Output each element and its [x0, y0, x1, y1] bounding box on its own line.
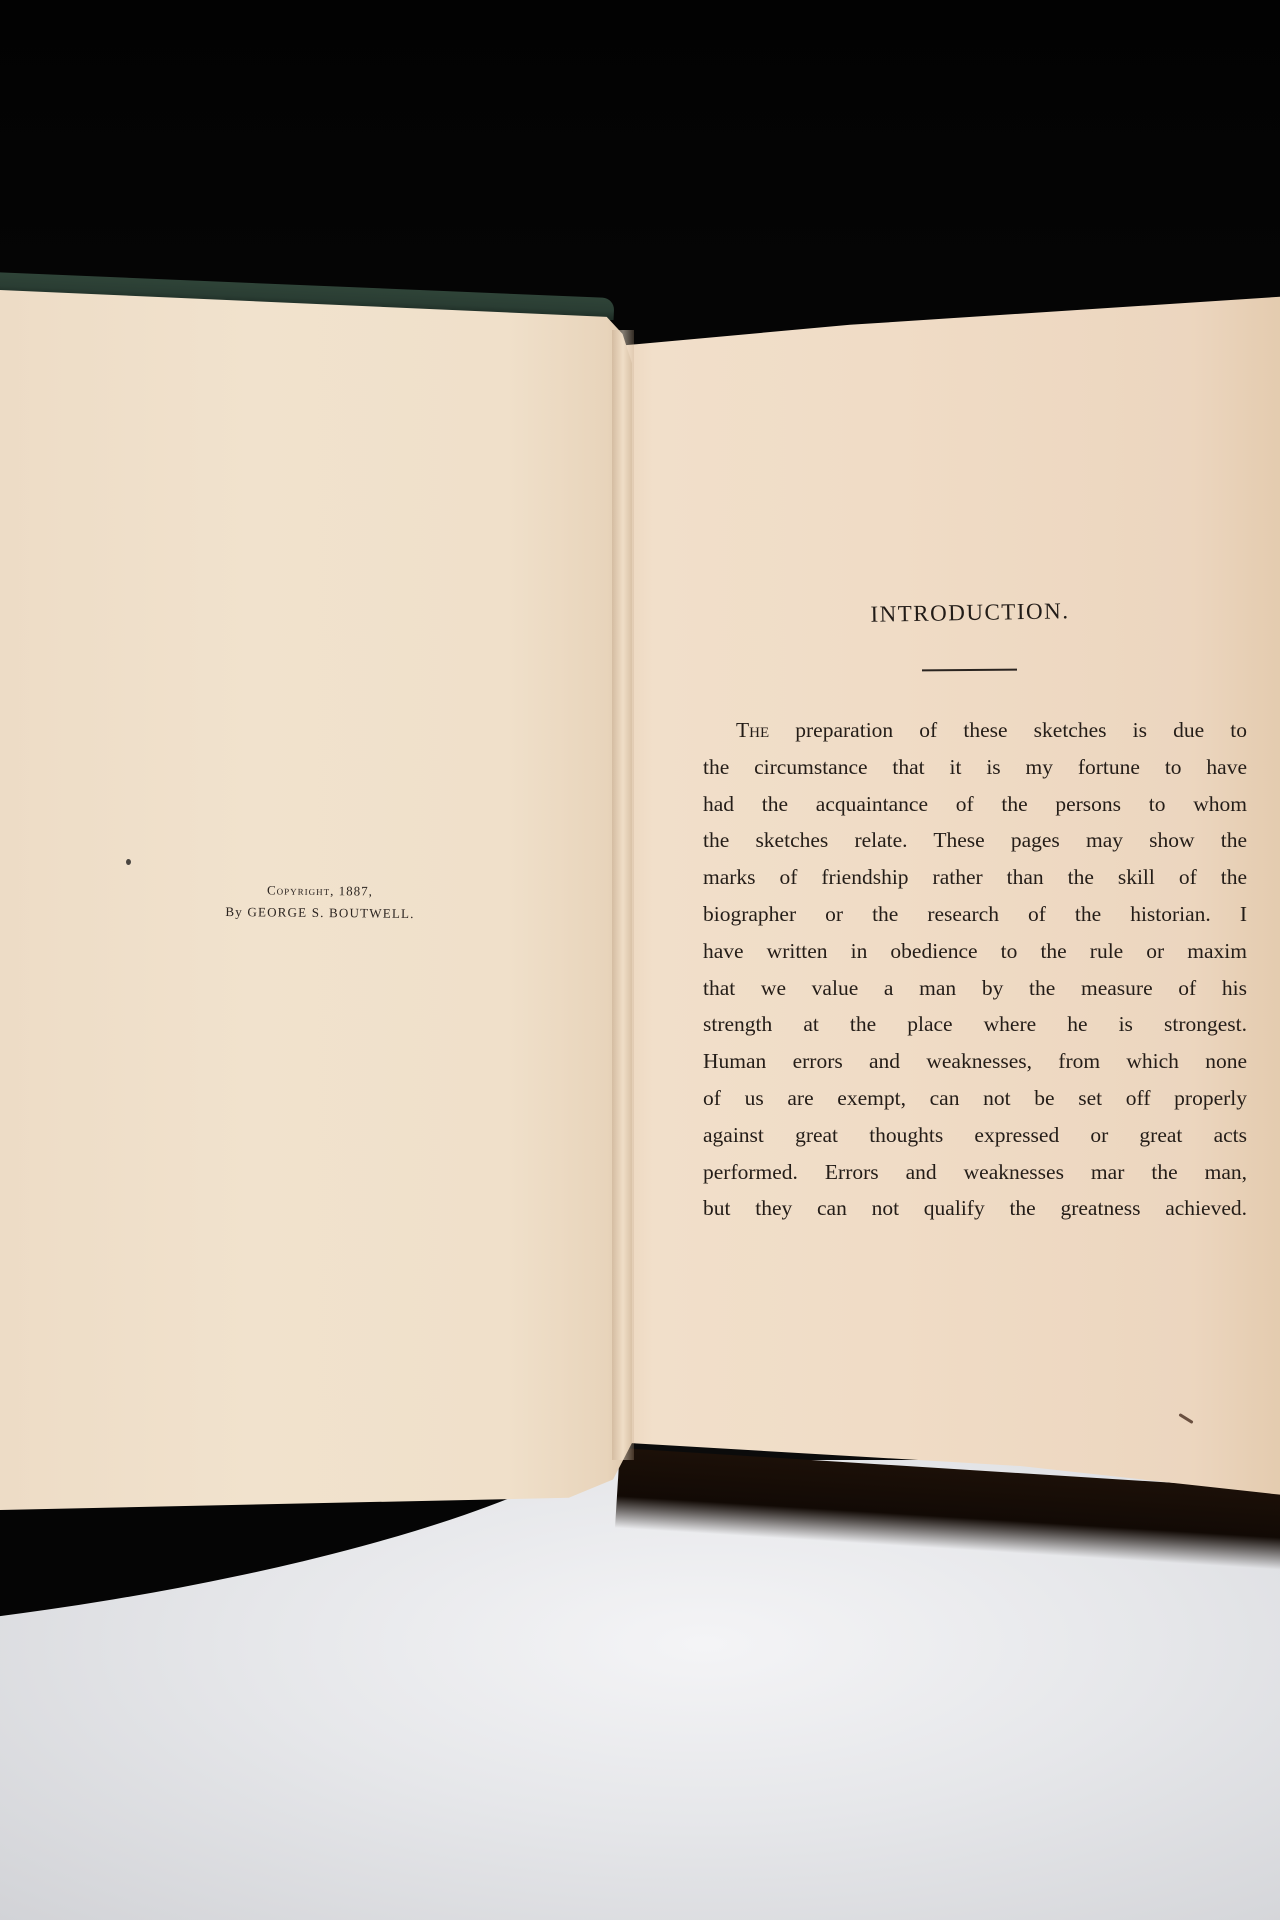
- text-line: but they can not qualify the greatness a…: [703, 1190, 1247, 1227]
- copyright-line: Copyright, 1887,: [190, 879, 450, 904]
- text-line: performed. Errors and weaknesses mar the…: [703, 1154, 1247, 1191]
- text-line: that we value a man by the measure of hi…: [703, 970, 1247, 1007]
- ink-speck: [126, 859, 131, 865]
- text-line: had the acquaintance of the persons to w…: [703, 786, 1247, 823]
- text-line: of us are exempt, can not be set off pro…: [703, 1080, 1247, 1117]
- text-line: against great thoughts expressed or grea…: [703, 1117, 1247, 1154]
- text-line: the sketches relate. These pages may sho…: [703, 822, 1247, 859]
- page-title: INTRODUCTION.: [820, 597, 1120, 628]
- text-line: the circumstance that it is my fortune t…: [703, 749, 1247, 786]
- lead-word: The: [736, 718, 769, 742]
- text-line: Human errors and weaknesses, from which …: [703, 1043, 1247, 1080]
- text-line: The preparation of these sketches is due…: [703, 712, 1247, 749]
- copyright-notice: Copyright, 1887, By GEORGE S. BOUTWELL.: [190, 880, 450, 924]
- text-line: biographer or the research of the histor…: [703, 896, 1247, 933]
- text-line: have written in obedience to the rule or…: [703, 933, 1247, 970]
- book-gutter: [612, 330, 634, 1460]
- author-line: By GEORGE S. BOUTWELL.: [190, 901, 450, 926]
- photo-scene: Copyright, 1887, By GEORGE S. BOUTWELL. …: [0, 0, 1280, 1920]
- introduction-paragraph: The preparation of these sketches is due…: [703, 712, 1247, 1227]
- text-line: marks of friendship rather than the skil…: [703, 859, 1247, 896]
- text-line: strength at the place where he is strong…: [703, 1006, 1247, 1043]
